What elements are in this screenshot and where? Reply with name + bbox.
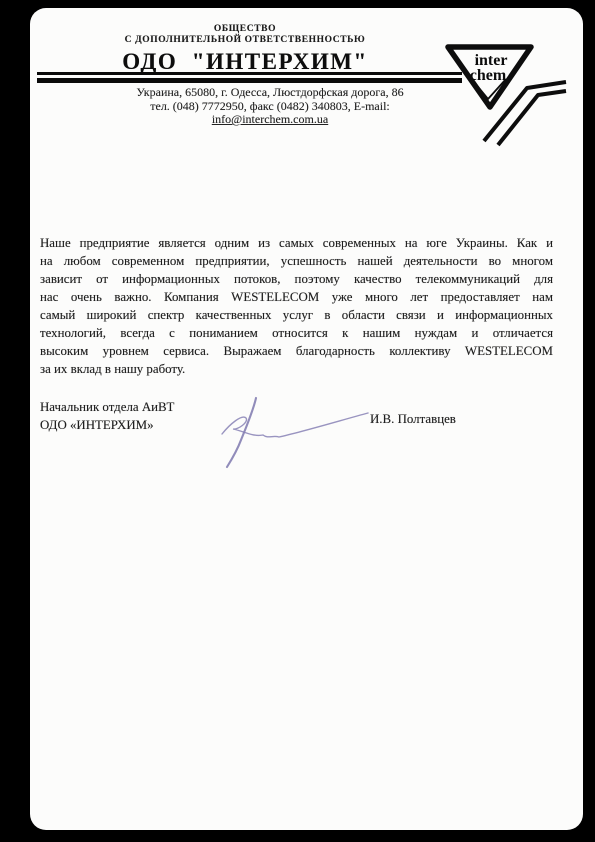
paragraph-line: высоким уровнем сервиса. Выражаем благод… <box>40 342 553 360</box>
document-scan: ОБЩЕСТВО С ДОПОЛНИТЕЛЬНОЙ ОТВЕТСТВЕННОСТ… <box>30 8 583 830</box>
signer-name: И.В. Полтавцев <box>370 412 456 427</box>
paragraph-line: на любом современном предприятии, успешн… <box>40 252 553 270</box>
logo-word-chem: chem <box>470 67 507 84</box>
org-type-line-2: С ДОПОЛНИТЕЛЬНОЙ ОТВЕТСТВЕННОСТЬЮ <box>30 35 460 46</box>
paragraph-line: за их вклад в нашу работу. <box>40 360 553 378</box>
letterhead-rule-thick <box>37 78 462 83</box>
paragraph-line: нас очень важно. Компания WESTELECOM уже… <box>40 288 553 306</box>
signature-ink-icon <box>210 393 410 488</box>
interchem-logo: inter chem <box>428 33 583 181</box>
letterhead: ОБЩЕСТВО С ДОПОЛНИТЕЛЬНОЙ ОТВЕТСТВЕННОСТ… <box>30 24 460 75</box>
org-type-line-1: ОБЩЕСТВО <box>30 24 460 35</box>
paragraph-line: самый широкий спектр качественных услуг … <box>40 306 553 324</box>
paragraph-line: зависит от информационных потоков, поэто… <box>40 270 553 288</box>
paragraph-line: Наше предприятие является одним из самых… <box>40 234 553 252</box>
letterhead-rule-thin <box>37 72 462 75</box>
signature-stroke-slash <box>227 398 256 467</box>
paragraph-line: технологий, всегда с пониманием относитс… <box>40 324 553 342</box>
body-paragraph: Наше предприятие является одним из самых… <box>40 234 553 378</box>
